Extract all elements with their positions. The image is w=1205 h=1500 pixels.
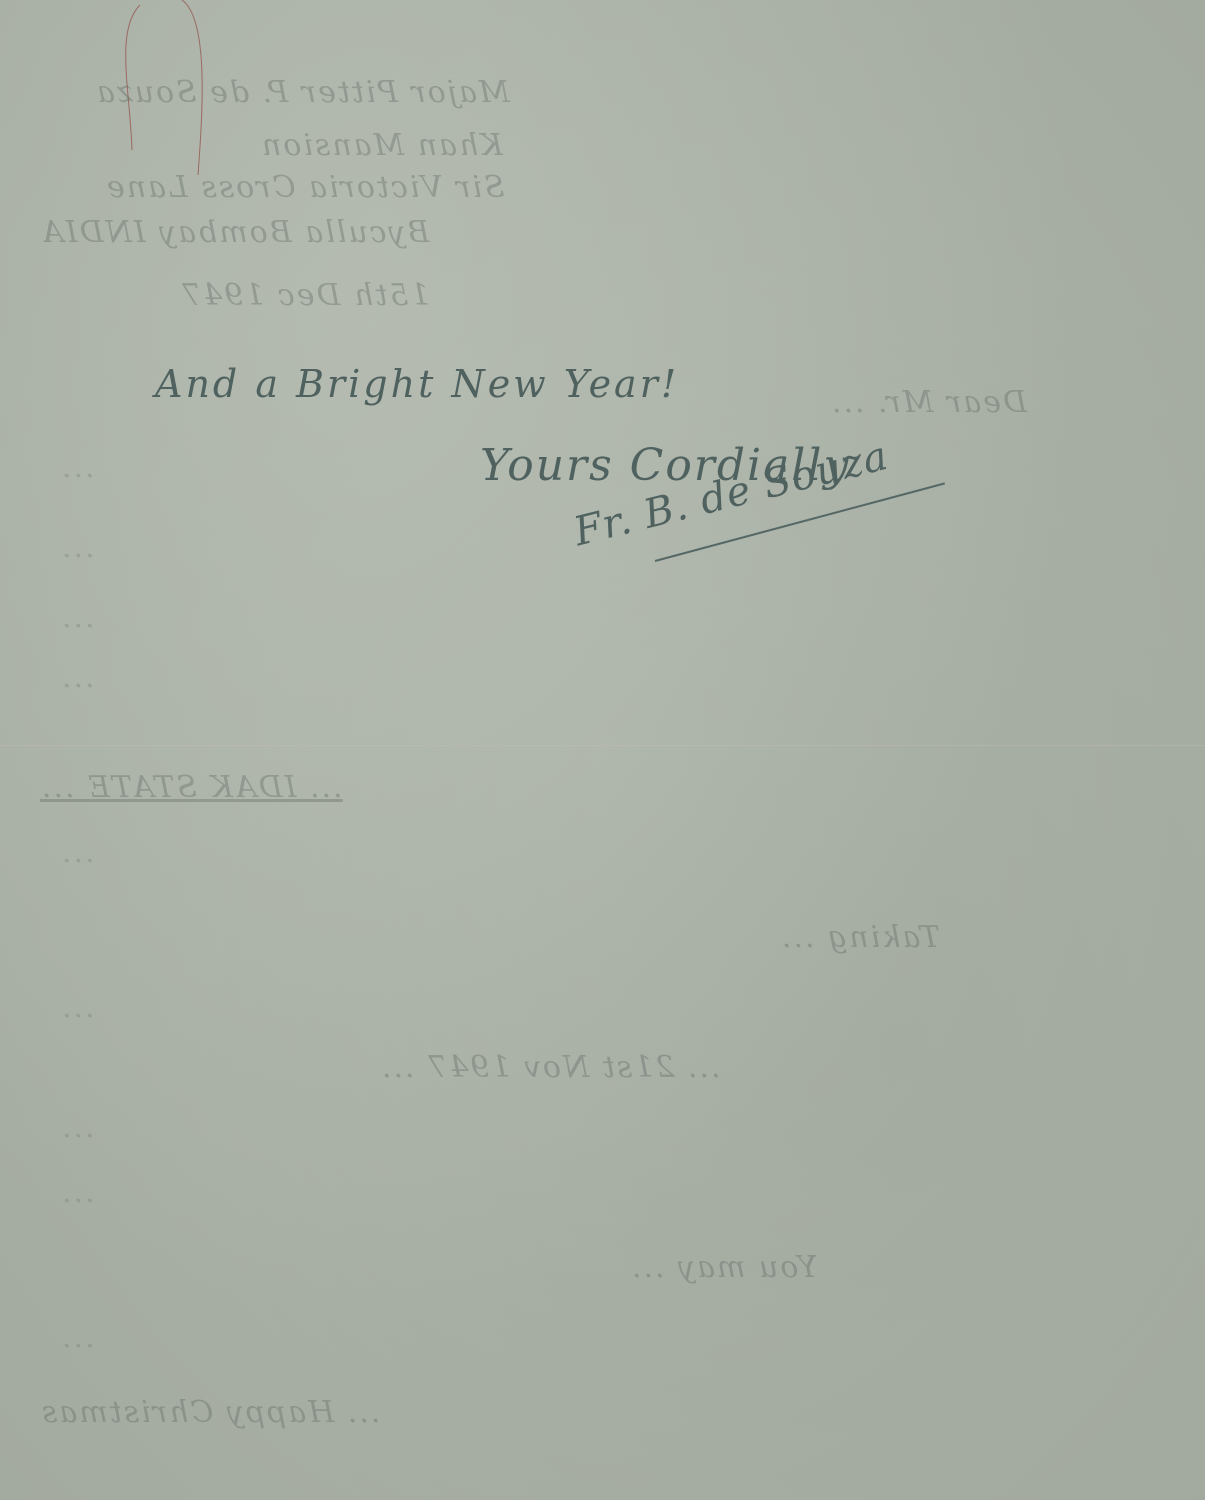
ghost-body-line-idak-state: ... IDAK STATE ... bbox=[40, 770, 343, 805]
ghost-body-line: ... bbox=[60, 1320, 95, 1355]
ghost-body-line: ... bbox=[60, 990, 95, 1025]
ghost-body-line: ... 21st Nov 1947 ... bbox=[380, 1050, 721, 1085]
ghost-body-line: ... bbox=[60, 600, 95, 635]
ghost-body-line: Taking ... bbox=[780, 920, 940, 955]
ghost-address-line-2: Khan Mansion bbox=[260, 128, 503, 163]
ghost-body-line: ... bbox=[60, 530, 95, 565]
ghost-address-line-1: Major Pitter P. de Souza bbox=[95, 75, 510, 110]
ghost-body-line: ... bbox=[60, 450, 95, 485]
ghost-address-line-4: Byculla Bombay INDIA bbox=[40, 215, 430, 250]
paper-fold-line bbox=[0, 745, 1205, 746]
ghost-body-line: ... bbox=[60, 1110, 95, 1145]
ghost-address-line-5: 15th Dec 1947 bbox=[180, 278, 430, 313]
ghost-body-line: ... bbox=[60, 1175, 95, 1210]
ghost-body-line: ... bbox=[60, 835, 95, 870]
ghost-body-line: You may ... bbox=[630, 1250, 818, 1285]
ghost-body-line: ... bbox=[60, 660, 95, 695]
ghost-address-line-3: Sir Victoria Cross Lane bbox=[105, 170, 505, 205]
ghost-body-line: Dear Mr. ... bbox=[830, 385, 1027, 420]
greeting-line: And a Bright New Year! bbox=[155, 362, 679, 406]
ghost-body-line: ... Happy Christmas bbox=[40, 1395, 380, 1430]
